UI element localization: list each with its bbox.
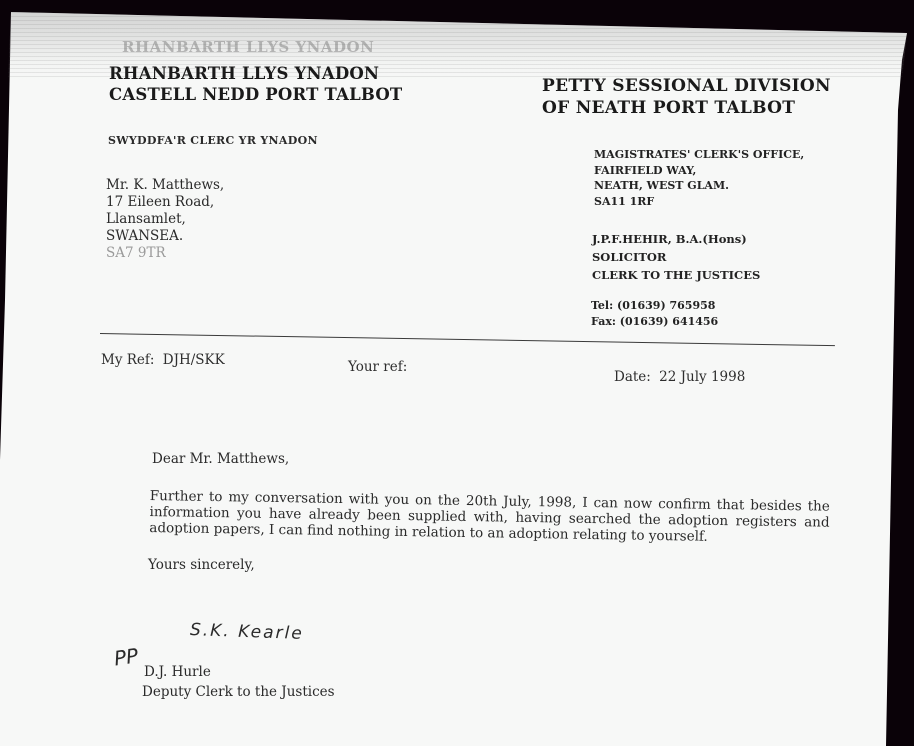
closing: Yours sincerely, bbox=[148, 557, 255, 573]
clerk-title: CLERK TO THE JUSTICES bbox=[592, 266, 760, 284]
your-ref-label: Your ref: bbox=[348, 359, 407, 375]
telephone: Tel: (01639) 765958 bbox=[591, 298, 718, 314]
signatory-name: D.J. Hurle bbox=[144, 664, 211, 680]
signatory-title: Deputy Clerk to the Justices bbox=[142, 684, 335, 700]
date-label: Date: bbox=[614, 369, 651, 385]
english-letterhead-line2: OF NEATH PORT TALBOT bbox=[542, 97, 795, 119]
clerk-role: SOLICITOR bbox=[592, 248, 760, 266]
signature: S.K. Kearle bbox=[190, 620, 304, 644]
recipient-address: Mr. K. Matthews, 17 Eileen Road, Llansam… bbox=[106, 177, 224, 262]
recipient-line: 17 Eileen Road, bbox=[106, 194, 224, 211]
my-ref-value: DJH/SKK bbox=[163, 352, 225, 368]
welsh-letterhead-line1: RHANBARTH LLYS YNADON bbox=[109, 63, 379, 84]
recipient-postcode: SA7 9TR bbox=[106, 245, 224, 262]
clerk-block: J.P.F.HEHIR, B.A.(Hons) SOLICITOR CLERK … bbox=[592, 230, 760, 284]
recipient-line: SWANSEA. bbox=[106, 228, 224, 245]
my-ref: My Ref: DJH/SKK bbox=[101, 352, 225, 368]
date: Date: 22 July 1998 bbox=[614, 369, 745, 385]
sender-address: MAGISTRATES' CLERK'S OFFICE, FAIRFIELD W… bbox=[594, 147, 804, 209]
date-value: 22 July 1998 bbox=[659, 369, 745, 385]
welsh-letterhead-line2: CASTELL NEDD PORT TALBOT bbox=[109, 84, 402, 105]
sender-address-line: SA11 1RF bbox=[594, 194, 804, 210]
contact-block: Tel: (01639) 765958 Fax: (01639) 641456 bbox=[591, 298, 718, 330]
recipient-line: Mr. K. Matthews, bbox=[106, 177, 224, 194]
clerk-name: J.P.F.HEHIR, B.A.(Hons) bbox=[592, 230, 760, 248]
sender-address-line: FAIRFIELD WAY, bbox=[594, 163, 804, 179]
ghost-letterhead: RHANBARTH LLYS YNADON bbox=[122, 38, 374, 56]
my-ref-label: My Ref: bbox=[101, 352, 154, 368]
salutation: Dear Mr. Matthews, bbox=[152, 451, 289, 467]
sender-address-line: NEATH, WEST GLAM. bbox=[594, 178, 804, 194]
welsh-office-label: SWYDDFA'R CLERC YR YNADON bbox=[108, 134, 318, 147]
sender-address-line: MAGISTRATES' CLERK'S OFFICE, bbox=[594, 147, 804, 163]
recipient-line: Llansamlet, bbox=[106, 211, 224, 228]
pp-mark: PP bbox=[112, 643, 139, 670]
fax: Fax: (01639) 641456 bbox=[591, 314, 718, 330]
english-letterhead-line1: PETTY SESSIONAL DIVISION bbox=[542, 75, 831, 97]
